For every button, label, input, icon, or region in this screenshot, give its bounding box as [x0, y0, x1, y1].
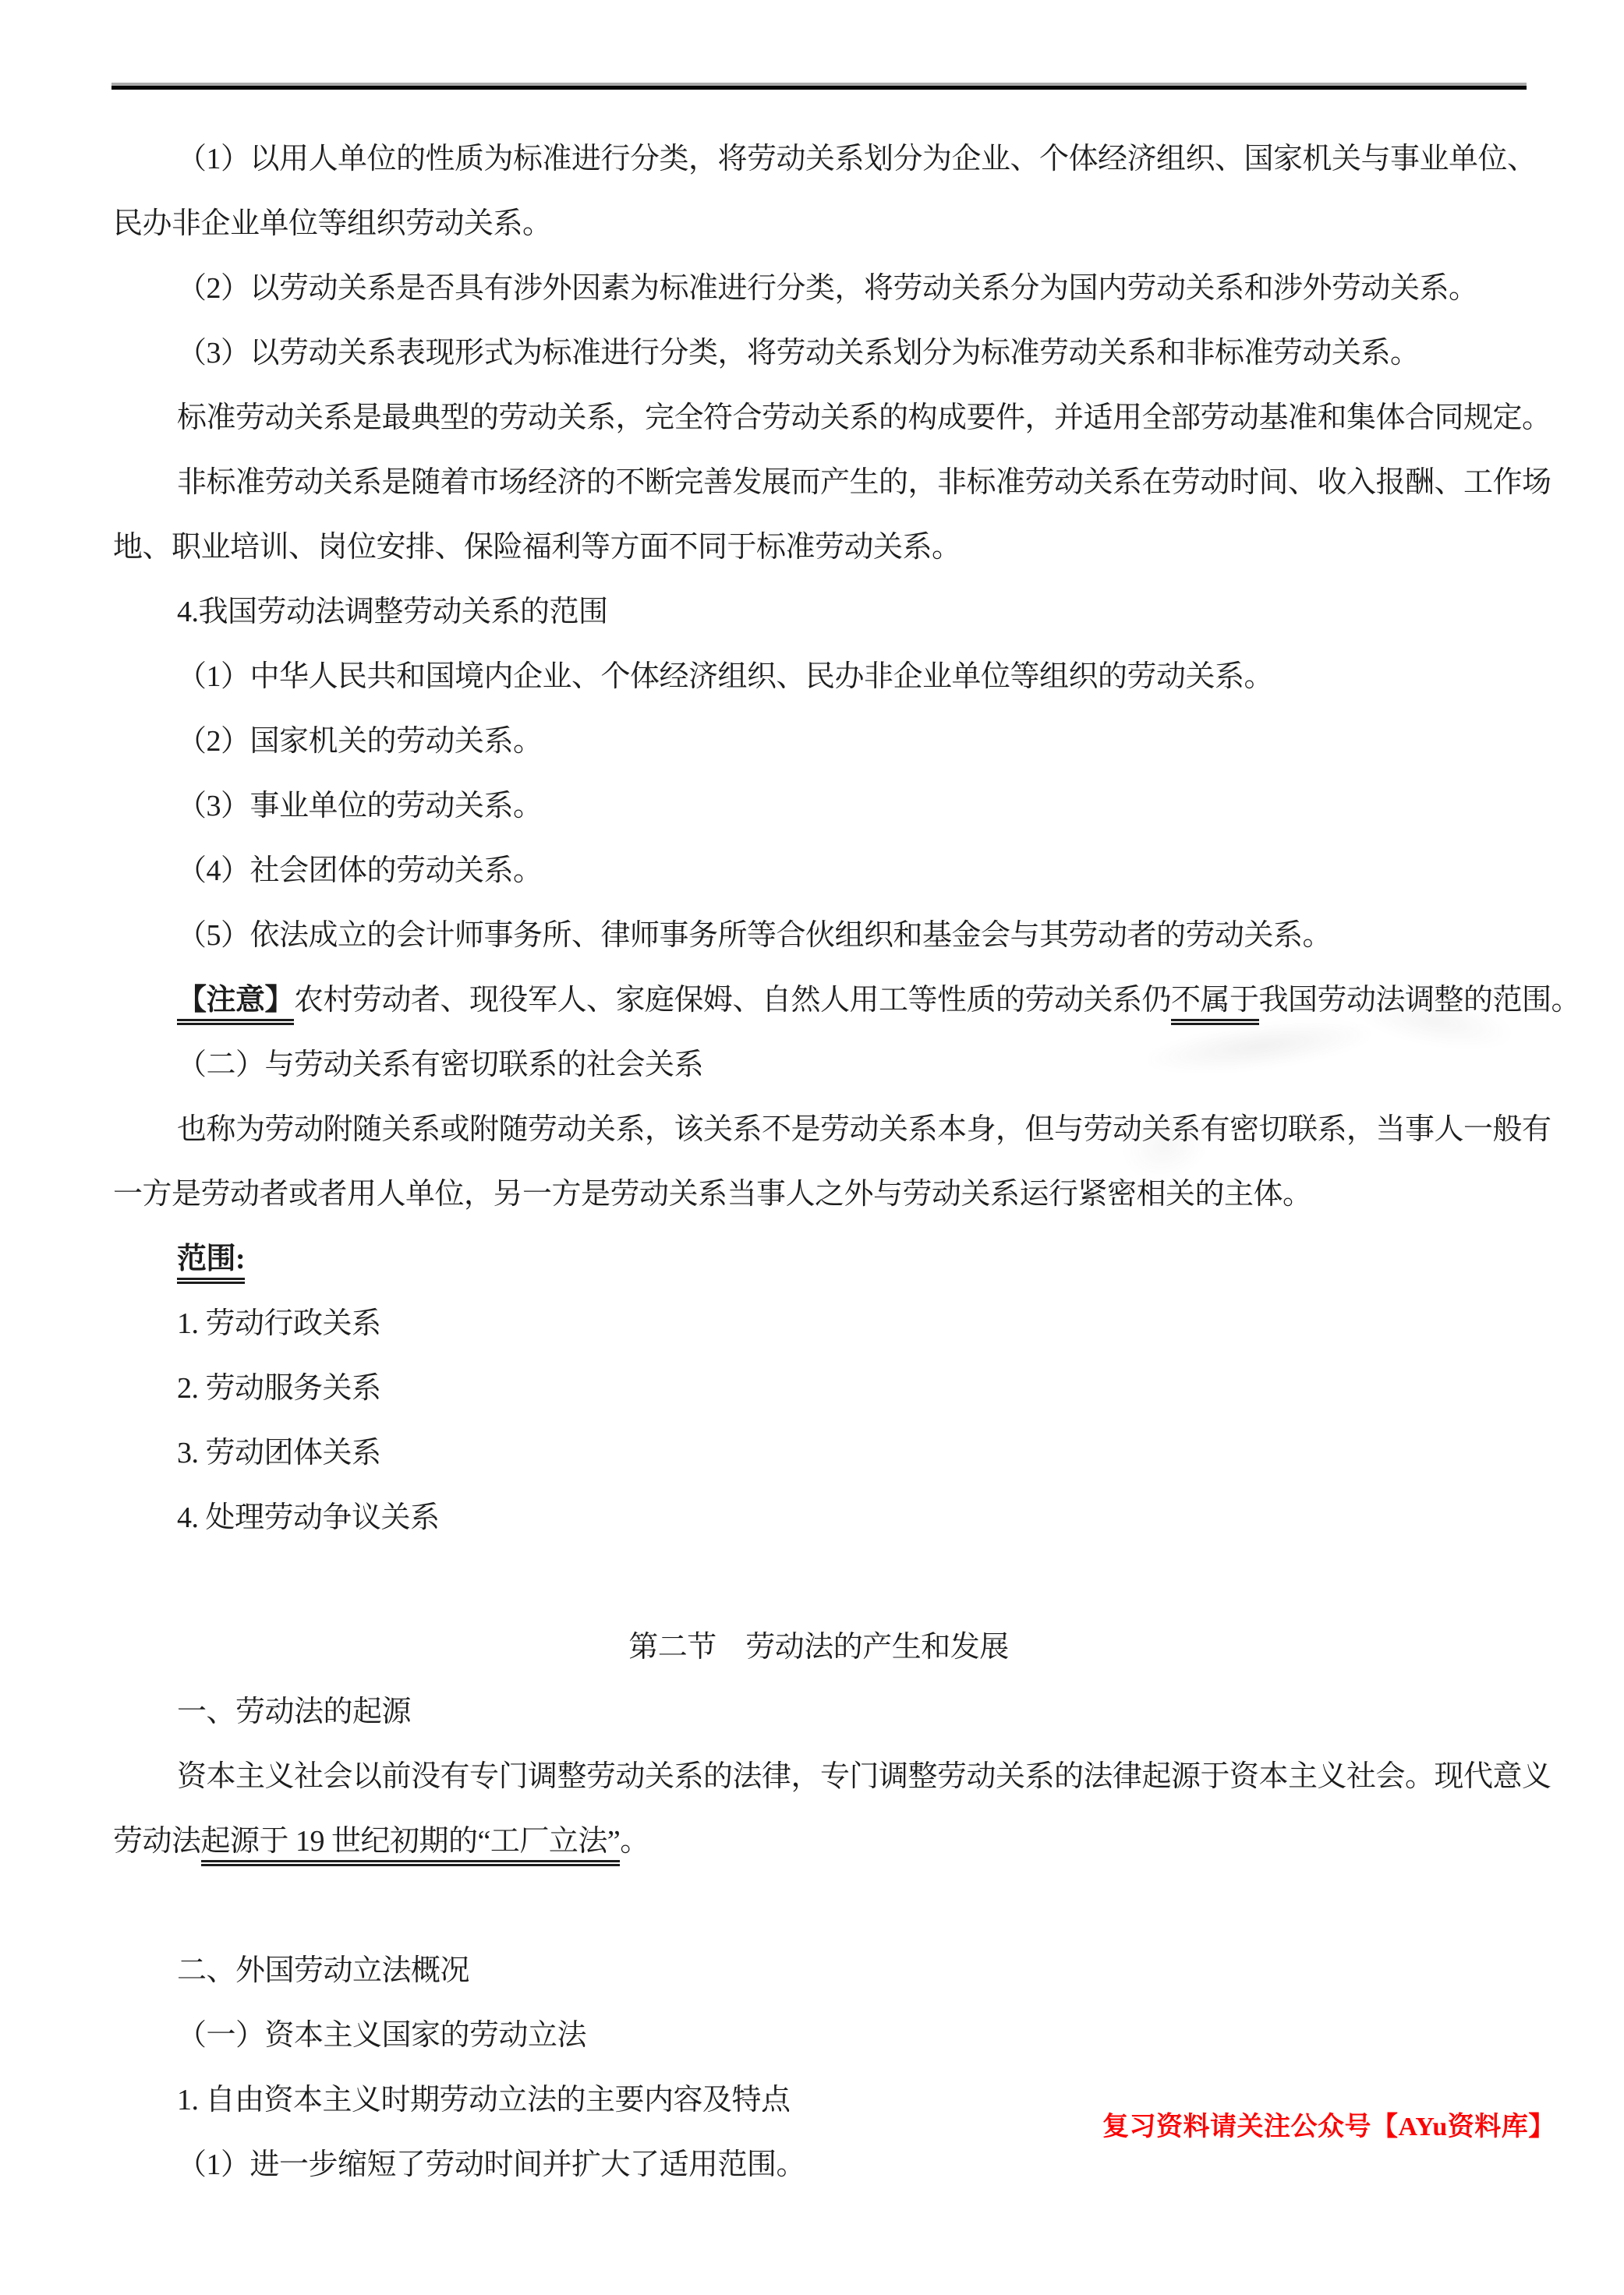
document-line: 3. 劳动团体关系: [113, 1421, 1524, 1486]
document-line: 第二节 劳动法的产生和发展: [113, 1615, 1524, 1680]
text-segment: 二、外国劳动立法概况: [177, 1954, 469, 1987]
text-segment: 1. 自由资本主义时期劳动立法的主要内容及特点: [177, 2084, 791, 2116]
text-segment: （1）进一步缩短了劳动时间并扩大了适用范围。: [177, 2148, 805, 2181]
document-line: 2. 劳动服务关系: [113, 1356, 1524, 1421]
text-segment: （2）国家机关的劳动关系。: [177, 725, 543, 758]
document-line: （3）以劳动关系表现形式为标准进行分类，将劳动关系划分为标准劳动关系和非标准劳动…: [113, 321, 1524, 386]
document-line: 地、职业培训、岗位安排、保险福利等方面不同于标准劳动关系。: [113, 515, 1524, 580]
document-line: （1）以用人单位的性质为标准进行分类，将劳动关系划分为企业、个体经济组织、国家机…: [113, 127, 1524, 192]
document-line: 一方是劳动者或者用人单位，另一方是劳动关系当事人之外与劳动关系运行紧密相关的主体…: [113, 1162, 1524, 1227]
text-segment: 也称为劳动附随关系或附随劳动关系，该关系不是劳动关系本身，但与劳动关系有密切联系…: [177, 1113, 1551, 1146]
text-segment: 地、职业培训、岗位安排、保险福利等方面不同于标准劳动关系。: [113, 531, 961, 564]
document-line: （1）中华人民共和国境内企业、个体经济组织、民办非企业单位等组织的劳动关系。: [113, 645, 1524, 709]
text-segment: 3. 劳动团体关系: [177, 1437, 381, 1469]
document-page: { "page": { "kind": "scanned-study-notes…: [0, 0, 1624, 2295]
text-segment: 标准劳动关系是最典型的劳动关系，完全符合劳动关系的构成要件，并适用全部劳动基准和…: [177, 401, 1551, 434]
document-body: （1）以用人单位的性质为标准进行分类，将劳动关系划分为企业、个体经济组织、国家机…: [113, 127, 1524, 2198]
document-line: （二）与劳动关系有密切联系的社会关系: [113, 1033, 1524, 1098]
document-line: （4）社会团体的劳动关系。: [113, 839, 1524, 904]
text-segment: （1）中华人民共和国境内企业、个体经济组织、民办非企业单位等组织的劳动关系。: [177, 660, 1273, 693]
blank-line: [113, 1874, 1524, 1939]
document-line: 也称为劳动附随关系或附随劳动关系，该关系不是劳动关系本身，但与劳动关系有密切联系…: [113, 1098, 1524, 1162]
emphasized-text-segment: 不属于: [1171, 984, 1259, 1025]
text-segment: （3）事业单位的劳动关系。: [177, 790, 543, 822]
text-segment: 一、劳动法的起源: [177, 1696, 411, 1728]
document-line: 标准劳动关系是最典型的劳动关系，完全符合劳动关系的构成要件，并适用全部劳动基准和…: [113, 386, 1524, 451]
document-line: 4.我国劳动法调整劳动关系的范围: [113, 580, 1524, 645]
text-segment: （二）与劳动关系有密切联系的社会关系: [177, 1048, 703, 1081]
text-segment: （1）以用人单位的性质为标准进行分类，将劳动关系划分为企业、个体经济组织、国家机…: [177, 143, 1537, 175]
document-line: 二、外国劳动立法概况: [113, 1939, 1524, 2003]
text-segment: 我国劳动法调整的范围。: [1259, 984, 1581, 1017]
document-line: 劳动法起源于 19 世纪初期的“工厂立法”。: [113, 1809, 1524, 1874]
text-segment: 第二节 劳动法的产生和发展: [628, 1631, 1009, 1664]
document-line: 1. 劳动行政关系: [113, 1292, 1524, 1356]
document-line: 资本主义社会以前没有专门调整劳动关系的法律，专门调整劳动关系的法律起源于资本主义…: [113, 1745, 1524, 1809]
emphasized-text-segment: 范围:: [177, 1243, 245, 1284]
document-line: （2）国家机关的劳动关系。: [113, 709, 1524, 774]
top-rule: [111, 83, 1527, 90]
blank-line: [113, 1551, 1524, 1615]
document-line: 民办非企业单位等组织劳动关系。: [113, 192, 1524, 256]
emphasized-text-segment: 【注意】: [177, 984, 294, 1025]
text-segment: 一方是劳动者或者用人单位，另一方是劳动关系当事人之外与劳动关系运行紧密相关的主体…: [113, 1178, 1312, 1211]
text-segment: 非标准劳动关系是随着市场经济的不断完善发展而产生的，非标准劳动关系在劳动时间、收…: [177, 466, 1551, 499]
document-line: （2）以劳动关系是否具有涉外因素为标准进行分类，将劳动关系分为国内劳动关系和涉外…: [113, 256, 1524, 321]
text-segment: 民办非企业单位等组织劳动关系。: [113, 207, 552, 240]
text-segment: 农村劳动者、现役军人、家庭保姆、自然人用工等性质的劳动关系仍: [294, 984, 1171, 1017]
text-segment: 1. 劳动行政关系: [177, 1307, 381, 1340]
emphasized-text-segment: 起源于 19 世纪初期的“工厂立法”: [201, 1825, 621, 1866]
text-segment: （一）资本主义国家的劳动立法: [177, 2019, 586, 2052]
document-line: （5）依法成立的会计师事务所、律师事务所等合伙组织和基金会与其劳动者的劳动关系。: [113, 904, 1524, 968]
document-line: （一）资本主义国家的劳动立法: [113, 2003, 1524, 2068]
promo-watermark: 复习资料请关注公众号【AYu资料库】: [1102, 2105, 1555, 2143]
text-segment: 资本主义社会以前没有专门调整劳动关系的法律，专门调整劳动关系的法律起源于资本主义…: [177, 1760, 1551, 1793]
document-line: 4. 处理劳动争议关系: [113, 1486, 1524, 1551]
text-segment: （4）社会团体的劳动关系。: [177, 854, 543, 887]
text-segment: （2）以劳动关系是否具有涉外因素为标准进行分类，将劳动关系分为国内劳动关系和涉外…: [177, 272, 1478, 305]
document-line: 【注意】农村劳动者、现役军人、家庭保姆、自然人用工等性质的劳动关系仍不属于我国劳…: [113, 968, 1524, 1033]
document-line: （3）事业单位的劳动关系。: [113, 774, 1524, 839]
document-line: 一、劳动法的起源: [113, 1680, 1524, 1745]
text-segment: （3）以劳动关系表现形式为标准进行分类，将劳动关系划分为标准劳动关系和非标准劳动…: [177, 337, 1420, 370]
text-segment: （5）依法成立的会计师事务所、律师事务所等合伙组织和基金会与其劳动者的劳动关系。: [177, 919, 1332, 952]
document-line: 范围:: [113, 1227, 1524, 1292]
document-line: 非标准劳动关系是随着市场经济的不断完善发展而产生的，非标准劳动关系在劳动时间、收…: [113, 451, 1524, 515]
text-segment: 。: [620, 1825, 649, 1858]
text-segment: 劳动法: [113, 1825, 201, 1858]
text-segment: 4.我国劳动法调整劳动关系的范围: [177, 596, 608, 628]
text-segment: 2. 劳动服务关系: [177, 1372, 381, 1405]
text-segment: 4. 处理劳动争议关系: [177, 1501, 440, 1534]
